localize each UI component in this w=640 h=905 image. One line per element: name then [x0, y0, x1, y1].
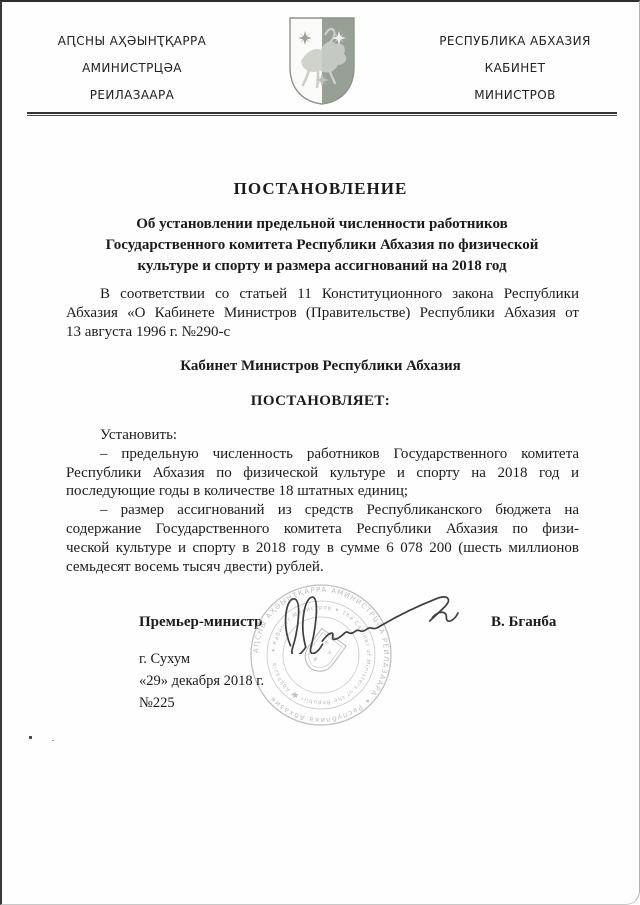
- text-line: Абхазия «О Кабинете Министров (Правитель…: [66, 304, 579, 323]
- signature-city: г. Сухум: [139, 651, 190, 668]
- text-line: Установить:: [66, 426, 579, 445]
- signer-position-title: Премьер-министр: [139, 614, 263, 631]
- resolution-item-2: – размер ассигнований из средств Республ…: [66, 501, 579, 576]
- text-line: 13 августа 1996 г. №290-с: [66, 323, 579, 342]
- signature-date: «29» декабря 2018 г.: [139, 673, 264, 690]
- text-line: семьдесят восемь тысяч двести) рублей.: [66, 558, 579, 577]
- scan-artifact-dot-small: [52, 740, 54, 741]
- scan-artifact-dot: [29, 736, 32, 739]
- svg-text:★: ★: [291, 691, 299, 701]
- resolution-body: Установить: – предельную численность раб…: [66, 426, 579, 576]
- document-subject: Об установлении предельной численности р…: [72, 214, 572, 277]
- resolution-item-1: – предельную численность работников Госу…: [66, 445, 579, 501]
- text-line: РЕИЛАЗААРА: [20, 82, 244, 109]
- text-line: последующие годы в количестве 18 штатных…: [66, 482, 579, 501]
- signer-name: В. Бганба: [491, 614, 556, 631]
- decree-number: №225: [139, 695, 175, 712]
- header-left-abkhazian: АԤСНЫ АҲӘЫНҬҚАРРААМИНИСТРЦӘАРЕИЛАЗААРА: [20, 28, 244, 109]
- header-right-russian: РЕСПУБЛИКА АБХАЗИЯКАБИНЕТМИНИСТРОВ: [406, 28, 624, 109]
- text-line: Об установлении предельной численности р…: [72, 214, 572, 235]
- establish-label: Установить:: [66, 426, 579, 445]
- text-line: – предельную численность работников Госу…: [66, 445, 579, 464]
- handwritten-signature: [262, 582, 477, 654]
- text-line: содержание Государственного комитета Рес…: [66, 520, 579, 539]
- resolves-line: ПОСТАНОВЛЯЕТ:: [2, 393, 639, 410]
- text-line: АԤСНЫ АҲӘЫНҬҚАРРА: [20, 28, 244, 55]
- intro-paragraph: В соответствии со статьей 11 Конституцио…: [66, 285, 579, 341]
- text-line: РЕСПУБЛИКА АБХАЗИЯ: [406, 28, 624, 55]
- document-title: ПОСТАНОВЛЕНИЕ: [2, 179, 639, 199]
- text-line: Республики Абхазия по физической культур…: [66, 464, 579, 483]
- text-line: МИНИСТРОВ: [406, 82, 624, 109]
- text-line: В соответствии со статьей 11 Конституцио…: [66, 285, 579, 304]
- issuing-body-line: Кабинет Министров Республики Абхазия: [2, 358, 639, 375]
- abkhazia-coat-of-arms-icon: [285, 15, 359, 107]
- text-line: – размер ассигнований из средств Республ…: [66, 501, 579, 520]
- text-line: культуре и спорту и размера ассигнований…: [72, 256, 572, 277]
- text-line: АМИНИСТРЦӘА: [20, 55, 244, 82]
- decree-document-page: АԤСНЫ АҲӘЫНҬҚАРРААМИНИСТРЦӘАРЕИЛАЗААРА Р…: [0, 0, 640, 905]
- text-line: Государственного комитета Республики Абх…: [72, 235, 572, 256]
- header-divider-rule: [27, 112, 617, 116]
- text-line: КАБИНЕТ: [406, 55, 624, 82]
- text-line: ческой культуре и спорту в 2018 году в с…: [66, 539, 579, 558]
- svg-text:✳: ✳: [310, 654, 320, 664]
